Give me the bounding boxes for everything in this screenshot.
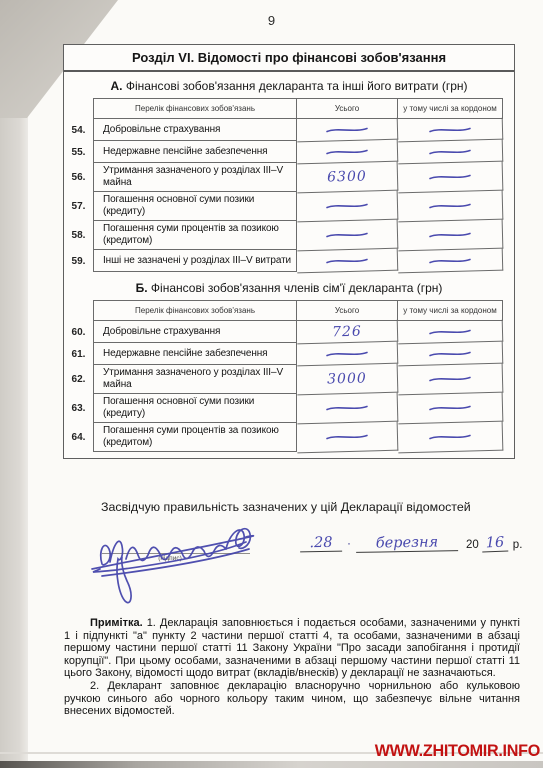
handwritten-dash	[325, 431, 369, 442]
note-paragraph-2: 2. Декларант заповнює декларацію власнор…	[64, 680, 520, 718]
handwritten-abroad	[398, 364, 504, 396]
handwritten-total	[297, 191, 399, 223]
subsection-a-letter: А.	[111, 79, 123, 93]
handwritten-dash	[325, 255, 369, 266]
row-label: Недержавне пенсійне забезпечення	[93, 343, 297, 365]
handwritten-total	[297, 342, 399, 367]
handwritten-dash	[325, 229, 369, 240]
row-number: 60.	[64, 321, 93, 343]
handwritten-total	[297, 393, 399, 425]
handwritten-total	[297, 220, 399, 252]
scanned-declaration-page: 9 Розділ VI. Відомості про фінансові зоб…	[0, 0, 543, 768]
date-block: .28 · березня 20 16 р.	[300, 535, 522, 552]
table-b-header-corner	[64, 300, 93, 321]
handwritten-dash	[428, 200, 472, 211]
handwritten-dash	[428, 255, 472, 266]
row-label: Інші не зазначені у розділах III–V витра…	[93, 250, 297, 272]
site-watermark: WWW.ZHITOMIR.INFO	[375, 741, 540, 761]
signature-block: (підпис)	[88, 512, 272, 610]
table-a-header-corner	[64, 98, 93, 119]
handwritten-abroad	[398, 162, 504, 194]
handwritten-abroad	[398, 249, 504, 274]
handwritten-dash	[325, 200, 369, 211]
handwritten-dash	[325, 348, 369, 359]
subsection-b-heading: Б. Фінансові зобов'язання членів сім'ї д…	[70, 281, 508, 295]
table-a-col-header: у тому числі за кордоном	[398, 98, 503, 119]
note-block: Примітка. 1. Декларація заповнюється і п…	[64, 617, 520, 718]
handwritten-abroad	[398, 320, 504, 345]
section-title: Розділ VI. Відомості про фінансові зобов…	[64, 45, 514, 72]
handwritten-dash	[325, 402, 369, 413]
table-b: Перелік фінансових зобов'язань Усього у …	[64, 300, 502, 452]
subsection-b-letter: Б.	[136, 281, 148, 295]
date-year-handwritten: 16	[482, 535, 509, 553]
handwritten-total: 6300	[297, 162, 399, 194]
handwritten-dash	[428, 171, 472, 182]
handwritten-dash	[325, 124, 369, 135]
handwritten-dash	[428, 229, 472, 240]
handwritten-abroad	[398, 118, 504, 143]
row-label: Погашення основної суми позики (кредиту)	[93, 192, 297, 221]
handwritten-total	[297, 140, 399, 165]
handwritten-abroad	[398, 140, 504, 165]
handwritten-abroad	[398, 393, 504, 425]
signature-scribble	[88, 512, 272, 610]
row-number: 64.	[64, 423, 93, 452]
row-label: Добровільне страхування	[93, 119, 297, 141]
subsection-a-text: Фінансові зобов'язання декларанта та інш…	[126, 79, 468, 93]
handwritten-dash	[428, 348, 472, 359]
handwritten-dash	[325, 146, 369, 157]
row-number: 55.	[64, 141, 93, 163]
date-year-prefix: 20	[458, 539, 482, 552]
table-a: Перелік фінансових зобов'язань Усього у …	[64, 98, 502, 272]
date-year-label: р.	[508, 539, 523, 552]
row-label: Погашення суми процентів за позикою (кре…	[93, 221, 297, 250]
row-number: 58.	[64, 221, 93, 250]
page-number: 9	[0, 13, 543, 28]
row-label: Недержавне пенсійне забезпечення	[93, 141, 297, 163]
table-b-col-header: у тому числі за кордоном	[398, 300, 503, 321]
table-a-col-header: Перелік фінансових зобов'язань	[93, 98, 297, 119]
handwritten-dash	[428, 402, 472, 413]
row-label: Добровільне страхування	[93, 321, 297, 343]
row-number: 62.	[64, 365, 93, 394]
scan-bottom-edge	[0, 761, 543, 768]
table-a-col-header: Усього	[297, 98, 398, 119]
row-number: 59.	[64, 250, 93, 272]
row-number: 54.	[64, 119, 93, 141]
row-number: 57.	[64, 192, 93, 221]
handwritten-total	[297, 118, 399, 143]
handwritten-dash	[428, 146, 472, 157]
handwritten-total	[297, 422, 399, 454]
handwritten-abroad	[398, 422, 504, 454]
row-number: 63.	[64, 394, 93, 423]
row-label: Утримання зазначеного у розділах III–V м…	[93, 163, 297, 192]
note-paragraph-1: Примітка. 1. Декларація заповнюється і п…	[64, 617, 520, 680]
subsection-a-heading: А. Фінансові зобов'язання декларанта та …	[70, 79, 508, 93]
handwritten-abroad	[398, 220, 504, 252]
row-label: Утримання зазначеного у розділах III–V м…	[93, 365, 297, 394]
handwritten-dash	[428, 431, 472, 442]
section-vi-box: Розділ VI. Відомості про фінансові зобов…	[63, 44, 515, 459]
handwritten-dash	[428, 326, 472, 337]
handwritten-abroad	[398, 342, 504, 367]
subsection-b-text: Фінансові зобов'язання членів сім'ї декл…	[151, 281, 442, 295]
row-number: 61.	[64, 343, 93, 365]
date-day-handwritten: .28	[300, 535, 342, 553]
date-separator: ·	[342, 536, 356, 552]
handwritten-dash	[428, 373, 472, 384]
handwritten-dash	[428, 124, 472, 135]
row-label: Погашення суми процентів за позикою (кре…	[93, 423, 297, 452]
handwritten-abroad	[398, 191, 504, 223]
row-label: Погашення основної суми позики (кредиту)	[93, 394, 297, 423]
handwritten-total	[297, 249, 399, 274]
handwritten-total: 3000	[297, 364, 399, 396]
date-month-handwritten: березня	[356, 534, 458, 553]
note-label: Примітка.	[90, 617, 143, 629]
table-b-col-header: Перелік фінансових зобов'язань	[93, 300, 297, 321]
row-number: 56.	[64, 163, 93, 192]
table-b-col-header: Усього	[297, 300, 398, 321]
handwritten-total: 726	[297, 320, 399, 345]
